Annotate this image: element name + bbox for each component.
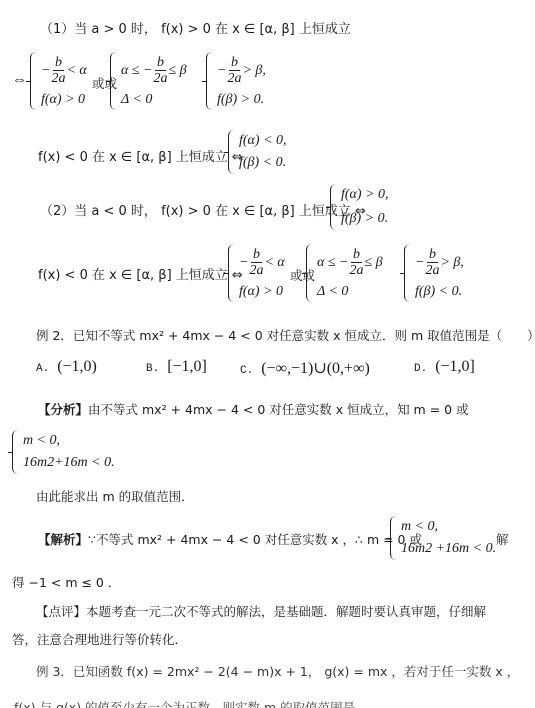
condition: 16m2+16m < 0. [23, 452, 115, 474]
condition: f(α) > 0 [239, 281, 285, 302]
case1-heading: （1）当 a > 0 时， f(x) > 0 在 x ∈ [α, β] 上恒成立 [40, 18, 351, 37]
text: < α [264, 255, 284, 271]
fraction-numerator: b [53, 55, 64, 71]
brace-icon [390, 516, 398, 560]
solution-line: 【解析】∵不等式 mx² + 4mx − 4 < 0 对任意实数 x ，∴ m … [38, 530, 422, 548]
system-c-2: −b2a> β, f(β) < 0. [404, 244, 464, 302]
condition: m < 0, [401, 516, 496, 538]
comment-text: 本题考查一元二次不等式的解法，是基础题．解题时要认真审题，仔细解 [86, 604, 486, 619]
negative-system-1: f(α) < 0, f(β) < 0. [228, 130, 287, 174]
fraction-numerator: b [251, 247, 262, 263]
option-b[interactable]: B.[−1,0] [146, 358, 207, 376]
case2-system: f(α) > 0, f(β) > 0. [330, 184, 389, 230]
condition: Δ < 0 [121, 89, 187, 110]
fraction-numerator: b [155, 55, 166, 71]
text: α ≤ − [121, 63, 152, 79]
option-a[interactable]: A.(−1,0) [36, 358, 97, 376]
option-label: C. [240, 365, 253, 377]
condition: f(β) > 0. [217, 89, 266, 110]
solution-text: ∵不等式 mx² + 4mx − 4 < 0 对任意实数 x ，∴ m = 0 … [88, 532, 422, 547]
fraction-denominator: 2a [51, 71, 65, 86]
condition: f(β) < 0. [239, 152, 287, 174]
brace-icon [228, 244, 236, 302]
option-label: A. [36, 363, 49, 375]
example2-question: 例 2．已知不等式 mx² + 4mx − 4 < 0 对任意实数 x 恒成立．… [36, 326, 535, 344]
solution-tag: 【解析】 [38, 532, 88, 547]
option-value: (−1,0] [435, 358, 475, 375]
brace-icon [206, 52, 214, 110]
analysis-tag: 【分析】 [38, 402, 88, 417]
condition: Δ < 0 [317, 281, 383, 302]
text: − [217, 63, 226, 79]
brace-icon [306, 244, 314, 302]
condition: 16m2 +16m < 0. [401, 538, 496, 560]
option-label: B. [146, 363, 159, 375]
brace-icon [110, 52, 118, 110]
analysis-system: m < 0, 16m2+16m < 0. [12, 430, 115, 474]
solution-tail: 解 [496, 530, 509, 548]
brace-icon [330, 184, 338, 230]
fraction-denominator: 2a [349, 263, 363, 278]
system-b-1: α ≤ −b2a≤ β Δ < 0 [110, 52, 187, 110]
analysis-line: 【分析】由不等式 mx² + 4mx − 4 < 0 对任意实数 x 恒成立，知… [38, 400, 469, 418]
example3-question-cont: f(x) 与 g(x) 的值至少有一个为正数，则实数 m 的取值范围是 [14, 698, 355, 708]
system-c-1: −b2a> β, f(β) > 0. [206, 52, 266, 110]
system-a-1: −b2a< α f(α) > 0 [30, 52, 87, 110]
text: α ≤ − [317, 255, 348, 271]
condition: f(β) < 0. [415, 281, 464, 302]
example3-question: 例 3．已知函数 f(x) = 2mx² − 2(4 − m)x + 1， g(… [36, 662, 519, 680]
brace-icon [12, 430, 20, 474]
case2-heading: （2）当 a < 0 时， f(x) > 0 在 x ∈ [α, β] 上恒成立… [40, 200, 366, 219]
system-b-2: α ≤ −b2a≤ β Δ < 0 [306, 244, 383, 302]
text: ≤ β [364, 255, 382, 271]
negative-condition-1: f(x) < 0 在 x ∈ [α, β] 上恒成立 ⇔ [38, 146, 243, 165]
brace-icon [30, 52, 38, 110]
condition: f(α) > 0, [341, 184, 389, 206]
text: − [41, 63, 50, 79]
fraction-numerator: b [427, 247, 438, 263]
option-c[interactable]: C.(−∞,−1)∪(0,+∞) [240, 358, 370, 378]
analysis-text: 由不等式 mx² + 4mx − 4 < 0 对任意实数 x 恒成立，知 m =… [88, 402, 469, 417]
text: − [415, 255, 424, 271]
fraction-denominator: 2a [153, 71, 167, 86]
text: > β, [242, 63, 265, 79]
system-a-2: −b2a< α f(α) > 0 [228, 244, 285, 302]
brace-icon [228, 130, 236, 174]
comment-continuation: 答，注意合理地进行等价转化． [12, 630, 187, 648]
fraction-denominator: 2a [425, 263, 439, 278]
comment-tag: 【点评】 [36, 604, 86, 619]
brace-icon [404, 244, 412, 302]
analysis-conclusion: 由此能求出 m 的取值范围． [36, 487, 194, 505]
text: > β, [440, 255, 463, 271]
text: − [239, 255, 248, 271]
solution-system: m < 0, 16m2 +16m < 0. [390, 516, 496, 560]
text: ≤ β [168, 63, 186, 79]
fraction-numerator: b [229, 55, 240, 71]
condition: m < 0, [23, 430, 115, 452]
option-value: [−1,0] [167, 358, 207, 375]
fraction-denominator: 2a [227, 71, 241, 86]
condition: f(β) > 0. [341, 208, 389, 230]
solution-result: 得 −1 < m ≤ 0 ． [12, 573, 120, 591]
negative-condition-2: f(x) < 0 在 x ∈ [α, β] 上恒成立 ⇔ [38, 264, 243, 283]
option-label: D. [414, 363, 427, 375]
condition: f(α) > 0 [41, 89, 87, 110]
equiv-symbol: ⇔ [12, 72, 27, 89]
fraction-numerator: b [351, 247, 362, 263]
text: < α [66, 63, 86, 79]
option-value: (−1,0) [57, 358, 97, 375]
condition: f(α) < 0, [239, 130, 287, 152]
option-d[interactable]: D.(−1,0] [414, 358, 475, 376]
option-value: (−∞,−1)∪(0,+∞) [261, 360, 370, 377]
comment-line: 【点评】本题考查一元二次不等式的解法，是基础题．解题时要认真审题，仔细解 [36, 602, 486, 620]
fraction-denominator: 2a [249, 263, 263, 278]
